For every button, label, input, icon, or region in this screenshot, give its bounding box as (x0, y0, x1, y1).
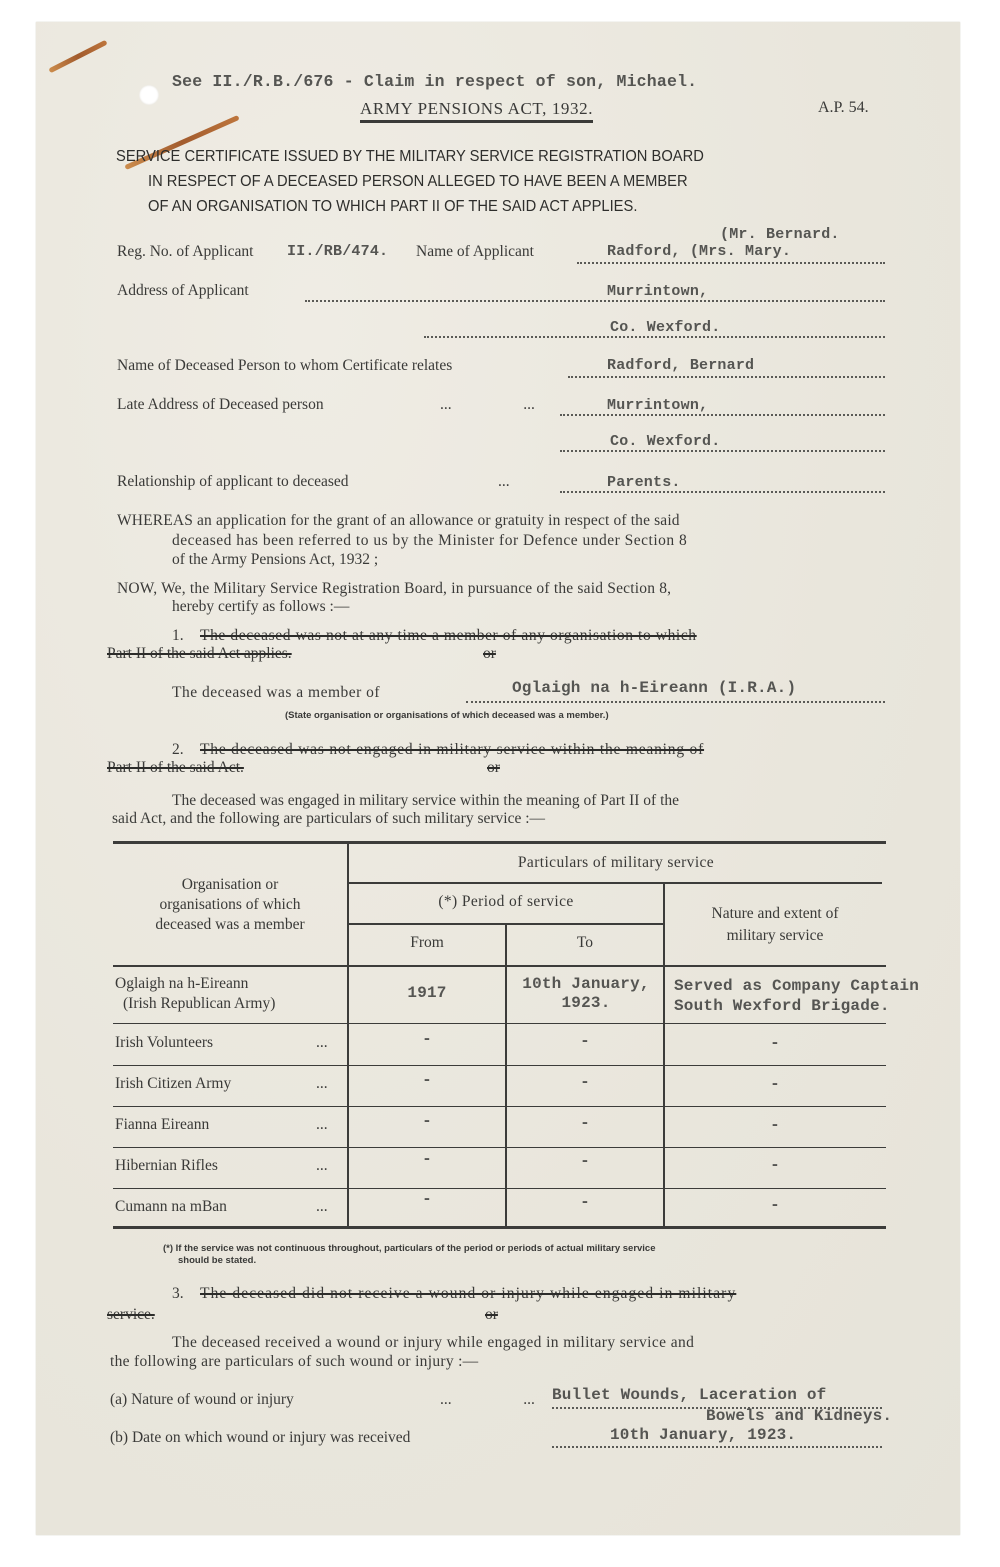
row6-to[interactable]: - (507, 1193, 663, 1211)
certificate-title-line-2: IN RESPECT OF A DECEASED PERSON ALLEGED … (148, 173, 688, 191)
act-title: ARMY PENSIONS ACT, 1932. (360, 99, 593, 123)
row3-from[interactable]: - (349, 1071, 505, 1089)
row4-from[interactable]: - (349, 1112, 505, 1130)
table-row-rule-2 (113, 1065, 886, 1066)
deceased-name-value[interactable]: Radford, Bernard (607, 357, 754, 374)
reg-no-value[interactable]: II./RB/474. (287, 243, 388, 260)
late-address-line1[interactable]: Murrintown, (607, 397, 708, 414)
late-address-label: Late Address of Deceased person (117, 396, 324, 414)
applicant-address-line1[interactable]: Murrintown, (607, 283, 708, 300)
form-code: A.P. 54. (818, 99, 869, 117)
header-org: Organisation or organisations of which d… (113, 875, 347, 935)
clause3-struck-line2: service. (107, 1306, 155, 1324)
row2-dots: ... (316, 1034, 328, 1052)
wound-nature-ellipsis: ... ... (440, 1391, 535, 1409)
row6-dots: ... (316, 1198, 328, 1216)
row4-to[interactable]: - (507, 1114, 663, 1132)
row6-from[interactable]: - (349, 1190, 505, 1208)
wound-date-dotline (552, 1446, 882, 1448)
row4-org: Fianna Eireann (115, 1116, 209, 1134)
reg-no-label: Reg. No. of Applicant (117, 243, 253, 261)
row5-dots: ... (316, 1157, 328, 1175)
table-row-rule-5 (113, 1188, 886, 1189)
relationship-label: Relationship of applicant to deceased (117, 473, 349, 491)
clause3-number: 3. (172, 1285, 184, 1303)
late-address-line2[interactable]: Co. Wexford. (610, 433, 720, 450)
relationship-ellipsis: ... (498, 473, 510, 491)
applicant-address-line2[interactable]: Co. Wexford. (610, 319, 720, 336)
header-from: From (349, 934, 505, 952)
table-footnote-line-1: (*) If the service was not continuous th… (163, 1243, 656, 1254)
table-row-rule-4 (113, 1147, 886, 1148)
header-nature: Nature and extent of military service (665, 903, 885, 947)
wound-nature-label: (a) Nature of wound or injury (110, 1391, 294, 1409)
certificate-title-line-3: OF AN ORGANISATION TO WHICH PART II OF T… (148, 198, 637, 216)
clause3-text-line1: The deceased received a wound or injury … (172, 1334, 694, 1352)
applicant-address-label: Address of Applicant (117, 282, 249, 300)
deceased-name-dotline (568, 376, 885, 378)
row4-dots: ... (316, 1116, 328, 1134)
rust-stain-top (48, 40, 107, 74)
header-org-line-3: deceased was a member (113, 915, 347, 935)
applicant-name-value[interactable]: Radford, (Mrs. Mary. (607, 243, 791, 260)
clause1-member-label: The deceased was a member of (172, 684, 380, 702)
clause1-struck-line1: The deceased was not at any time a membe… (200, 627, 697, 645)
deceased-name-label: Name of Deceased Person to whom Certific… (117, 357, 452, 375)
row1-org: Oglaigh na h-Eireann (Irish Republican A… (115, 974, 275, 1014)
applicant-name-label: Name of Applicant (416, 243, 534, 261)
now-line-2: hereby certify as follows :— (172, 598, 349, 616)
clause1-member-value[interactable]: Oglaigh na h-Eireann (I.R.A.) (512, 679, 796, 697)
header-to: To (507, 934, 663, 952)
clause2-text-line2: said Act, and the following are particul… (112, 810, 545, 828)
relationship-dotline (560, 491, 885, 493)
header-org-line-2: organisations of which (113, 895, 347, 915)
header-period: (*) Period of service (349, 893, 663, 911)
certificate-title-line-1: SERVICE CERTIFICATE ISSUED BY THE MILITA… (116, 148, 704, 166)
row2-to[interactable]: - (507, 1032, 663, 1050)
row1-org-line-1: Oglaigh na h-Eireann (115, 974, 275, 994)
row6-nature[interactable]: - (665, 1196, 885, 1214)
clause2-or: or (487, 759, 500, 777)
row1-nature-line-2: South Wexford Brigade. (674, 996, 919, 1016)
late-address-dotline-2 (560, 450, 885, 452)
late-address-ellipsis: ... ... (440, 396, 535, 414)
row5-to[interactable]: - (507, 1152, 663, 1170)
row1-to[interactable]: 10th January, 1923. (507, 975, 665, 1013)
row1-nature[interactable]: Served as Company Captain South Wexford … (674, 976, 919, 1016)
table-header-bottom-rule (113, 965, 886, 967)
clause1-number: 1. (172, 627, 184, 645)
header-org-line-1: Organisation or (113, 875, 347, 895)
late-address-dotline-1 (560, 414, 885, 416)
whereas-line-3: of the Army Pensions Act, 1932 ; (172, 551, 378, 569)
now-line-1: NOW, We, the Military Service Registrati… (117, 580, 671, 598)
table-footnote-line-2: should be stated. (178, 1255, 256, 1266)
clause1-struck-line2: Part II of the said Act applies. (107, 645, 292, 663)
row6-org: Cumann na mBan (115, 1198, 227, 1216)
wound-nature-value-line1[interactable]: Bullet Wounds, Laceration of (552, 1386, 826, 1404)
applicant-address-dotline-2 (424, 336, 885, 338)
wound-date-label: (b) Date on which wound or injury was re… (110, 1429, 410, 1447)
row2-from[interactable]: - (349, 1030, 505, 1048)
row3-to[interactable]: - (507, 1073, 663, 1091)
table-top-rule (113, 841, 886, 844)
wound-date-value[interactable]: 10th January, 1923. (610, 1426, 796, 1444)
row2-org: Irish Volunteers (115, 1034, 213, 1052)
row1-from[interactable]: 1917 (349, 984, 505, 1002)
row5-org: Hibernian Rifles (115, 1157, 218, 1175)
wound-nature-value-line2[interactable]: Bowels and Kidneys. (706, 1407, 892, 1425)
clause3-text-line2: the following are particulars of such wo… (110, 1353, 478, 1371)
row1-org-line-2: (Irish Republican Army) (115, 994, 275, 1014)
row1-to-line-2: 1923. (507, 994, 665, 1013)
clause1-or: or (483, 645, 496, 663)
applicant-name-dotline (577, 262, 885, 264)
row3-dots: ... (316, 1075, 328, 1093)
row5-from[interactable]: - (349, 1150, 505, 1168)
row4-nature[interactable]: - (665, 1116, 885, 1134)
whereas-line-1: WHEREAS an application for the grant of … (117, 512, 680, 530)
relationship-value[interactable]: Parents. (607, 474, 681, 491)
table-rule-group (348, 882, 882, 884)
clause1-member-dotline (466, 701, 885, 703)
reference-note: See II./R.B./676 - Claim in respect of s… (172, 72, 697, 91)
applicant-name-value-above[interactable]: (Mr. Bernard. (720, 226, 840, 243)
applicant-address-dotline-1 (305, 300, 885, 302)
whereas-line-2: deceased has been referred to us by the … (172, 532, 687, 550)
clause2-struck-line1: The deceased was not engaged in military… (200, 741, 704, 759)
row5-nature[interactable]: - (665, 1156, 885, 1174)
header-particulars: Particulars of military service (349, 854, 883, 872)
row3-nature[interactable]: - (665, 1075, 885, 1093)
row1-to-line-1: 10th January, (507, 975, 665, 994)
header-nature-line-1: Nature and extent of (665, 903, 885, 925)
clause3-or: or (485, 1306, 498, 1324)
row3-org: Irish Citizen Army (115, 1075, 231, 1093)
punch-hole (139, 85, 159, 105)
table-bottom-rule (113, 1226, 886, 1229)
row2-nature[interactable]: - (665, 1034, 885, 1052)
clause2-struck-line2: Part II of the said Act. (107, 759, 244, 777)
clause2-number: 2. (172, 741, 184, 759)
clause2-text-line1: The deceased was engaged in military ser… (172, 792, 679, 810)
clause3-struck-line1: The deceased did not receive a wound or … (200, 1285, 736, 1303)
table-row-rule-1 (113, 1023, 886, 1024)
clause1-member-hint: (State organisation or organisations of … (285, 710, 609, 721)
header-nature-line-2: military service (665, 925, 885, 947)
table-row-rule-3 (113, 1106, 886, 1107)
row1-nature-line-1: Served as Company Captain (674, 976, 919, 996)
